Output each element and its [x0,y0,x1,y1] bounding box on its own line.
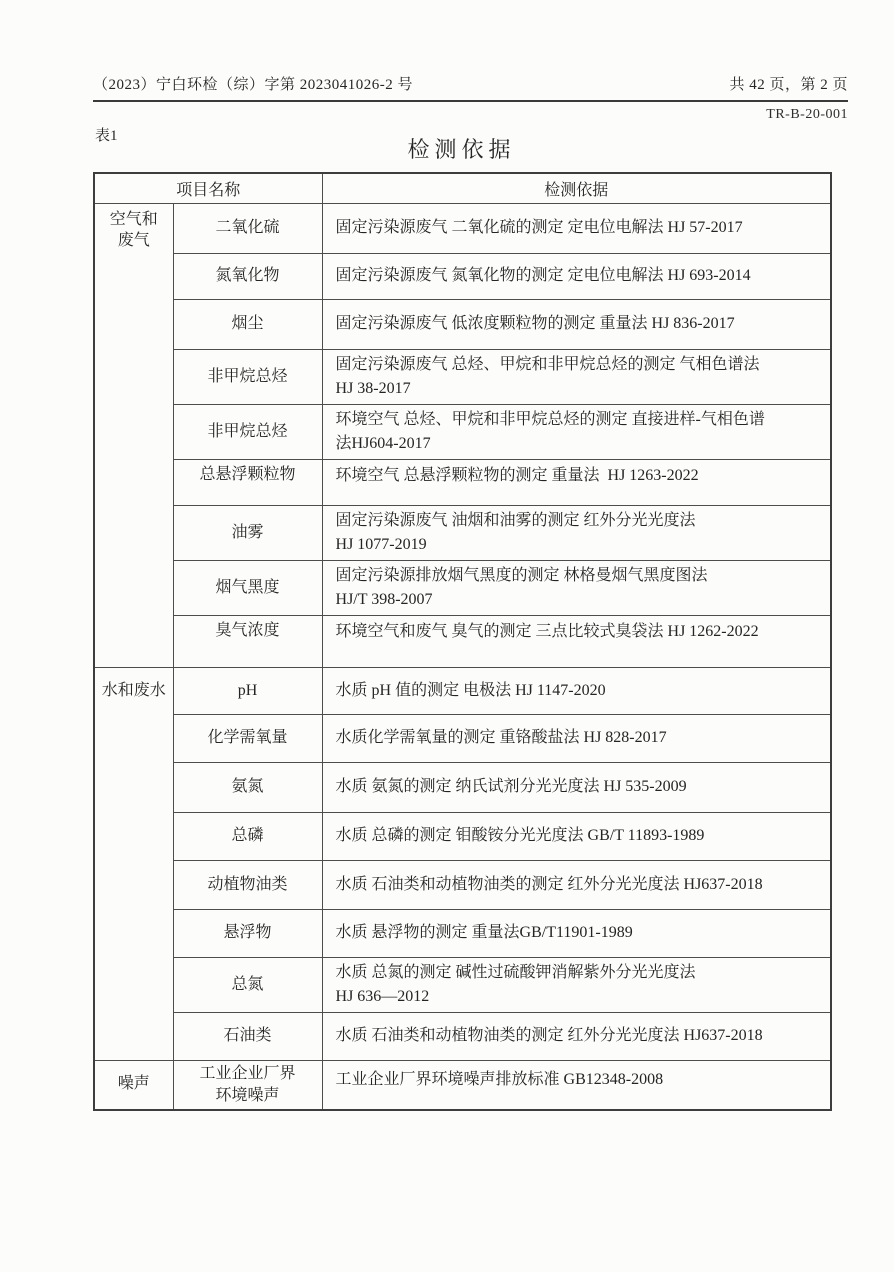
item-cell: 氨氮 [173,762,322,812]
item-cell: 烟气黑度 [173,560,322,615]
basis-cell: 水质 石油类和动植物油类的测定 红外分光光度法 HJ637-2018 [322,860,831,909]
basis-cell: 固定污染源废气 二氧化硫的测定 定电位电解法 HJ 57-2017 [322,203,831,253]
table-row: 油雾 固定污染源废气 油烟和油雾的测定 红外分光光度法 HJ 1077-2019 [94,505,831,560]
table-header-row: 项目名称 检测依据 [94,173,831,203]
table-row: 总悬浮颗粒物 环境空气 总悬浮颗粒物的测定 重量法 HJ 1263-2022 [94,459,831,505]
table-row: 臭气浓度 环境空气和废气 臭气的测定 三点比较式臭袋法 HJ 1262-2022 [94,615,831,667]
basis-cell: 固定污染源废气 油烟和油雾的测定 红外分光光度法 HJ 1077-2019 [322,505,831,560]
table-row: 总氮 水质 总氮的测定 碱性过硫酸钾消解紫外分光光度法 HJ 636—2012 [94,957,831,1012]
basis-cell: 水质 总磷的测定 钼酸铵分光光度法 GB/T 11893-1989 [322,812,831,860]
table-row: 氨氮 水质 氨氮的测定 纳氏试剂分光光度法 HJ 535-2009 [94,762,831,812]
item-cell: 总氮 [173,957,322,1012]
column-header-project: 项目名称 [94,173,322,203]
item-cell: 悬浮物 [173,909,322,957]
item-cell: 石油类 [173,1012,322,1060]
detection-basis-table: 项目名称 检测依据 空气和 废气 二氧化硫 固定污染源废气 二氧化硫的测定 定电… [93,172,832,1111]
header-divider [93,100,848,102]
table-row: 噪声 工业企业厂界 环境噪声 工业企业厂界环境噪声排放标准 GB12348-20… [94,1060,831,1110]
basis-cell: 水质 pH 值的测定 电极法 HJ 1147-2020 [322,667,831,714]
basis-cell: 环境空气 总悬浮颗粒物的测定 重量法 HJ 1263-2022 [322,459,831,505]
table-row: 非甲烷总烃 固定污染源废气 总烃、甲烷和非甲烷总烃的测定 气相色谱法 HJ 38… [94,349,831,404]
table-row: 氮氧化物 固定污染源废气 氮氧化物的测定 定电位电解法 HJ 693-2014 [94,253,831,299]
table-row: 化学需氧量 水质化学需氧量的测定 重铬酸盐法 HJ 828-2017 [94,714,831,762]
table-row: 烟气黑度 固定污染源排放烟气黑度的测定 林格曼烟气黑度图法 HJ/T 398-2… [94,560,831,615]
form-code: TR-B-20-001 [93,107,848,123]
table-row: 烟尘 固定污染源废气 低浓度颗粒物的测定 重量法 HJ 836-2017 [94,299,831,349]
basis-cell: 固定污染源废气 总烃、甲烷和非甲烷总烃的测定 气相色谱法 HJ 38-2017 [322,349,831,404]
item-cell: 油雾 [173,505,322,560]
item-cell: 化学需氧量 [173,714,322,762]
table-row: 非甲烷总烃 环境空气 总烃、甲烷和非甲烷总烃的测定 直接进样-气相色谱 法HJ6… [94,404,831,459]
group-cell-air-waste-gas: 空气和 废气 [94,203,173,667]
table-row: 石油类 水质 石油类和动植物油类的测定 红外分光光度法 HJ637-2018 [94,1012,831,1060]
item-cell: 臭气浓度 [173,615,322,667]
basis-cell: 水质 悬浮物的测定 重量法GB/T11901-1989 [322,909,831,957]
basis-cell: 固定污染源废气 低浓度颗粒物的测定 重量法 HJ 836-2017 [322,299,831,349]
item-cell: 二氧化硫 [173,203,322,253]
document-header: （2023）宁白环检（综）字第 2023041026-2 号 共 42 页，第 … [93,73,848,94]
group-cell-water-wastewater: 水和废水 [94,667,173,1060]
table-row: 悬浮物 水质 悬浮物的测定 重量法GB/T11901-1989 [94,909,831,957]
basis-cell: 环境空气 总烃、甲烷和非甲烷总烃的测定 直接进样-气相色谱 法HJ604-201… [322,404,831,459]
basis-cell: 水质 石油类和动植物油类的测定 红外分光光度法 HJ637-2018 [322,1012,831,1060]
basis-cell: 固定污染源排放烟气黑度的测定 林格曼烟气黑度图法 HJ/T 398-2007 [322,560,831,615]
page-info: 共 42 页，第 2 页 [729,73,848,94]
title-block: 表1 检测依据 [93,124,830,172]
group-cell-noise: 噪声 [94,1060,173,1110]
table-row: 水和废水 pH 水质 pH 值的测定 电极法 HJ 1147-2020 [94,667,831,714]
basis-cell: 水质化学需氧量的测定 重铬酸盐法 HJ 828-2017 [322,714,831,762]
column-header-basis: 检测依据 [322,173,831,203]
table-row: 空气和 废气 二氧化硫 固定污染源废气 二氧化硫的测定 定电位电解法 HJ 57… [94,203,831,253]
basis-cell: 水质 氨氮的测定 纳氏试剂分光光度法 HJ 535-2009 [322,762,831,812]
document-page: （2023）宁白环检（综）字第 2023041026-2 号 共 42 页，第 … [0,0,894,1272]
item-cell: 工业企业厂界 环境噪声 [173,1060,322,1110]
item-cell: 总悬浮颗粒物 [173,459,322,505]
item-cell: 总磷 [173,812,322,860]
basis-cell: 工业企业厂界环境噪声排放标准 GB12348-2008 [322,1060,831,1110]
basis-cell: 水质 总氮的测定 碱性过硫酸钾消解紫外分光光度法 HJ 636—2012 [322,957,831,1012]
item-cell: 烟尘 [173,299,322,349]
table-row: 动植物油类 水质 石油类和动植物油类的测定 红外分光光度法 HJ637-2018 [94,860,831,909]
item-cell: 非甲烷总烃 [173,404,322,459]
item-cell: 非甲烷总烃 [173,349,322,404]
doc-number: （2023）宁白环检（综）字第 2023041026-2 号 [93,73,413,94]
item-cell: 动植物油类 [173,860,322,909]
item-cell: pH [173,667,322,714]
table-row: 总磷 水质 总磷的测定 钼酸铵分光光度法 GB/T 11893-1989 [94,812,831,860]
item-cell: 氮氧化物 [173,253,322,299]
basis-cell: 固定污染源废气 氮氧化物的测定 定电位电解法 HJ 693-2014 [322,253,831,299]
basis-cell: 环境空气和废气 臭气的测定 三点比较式臭袋法 HJ 1262-2022 [322,615,831,667]
page-title: 检测依据 [93,133,830,164]
